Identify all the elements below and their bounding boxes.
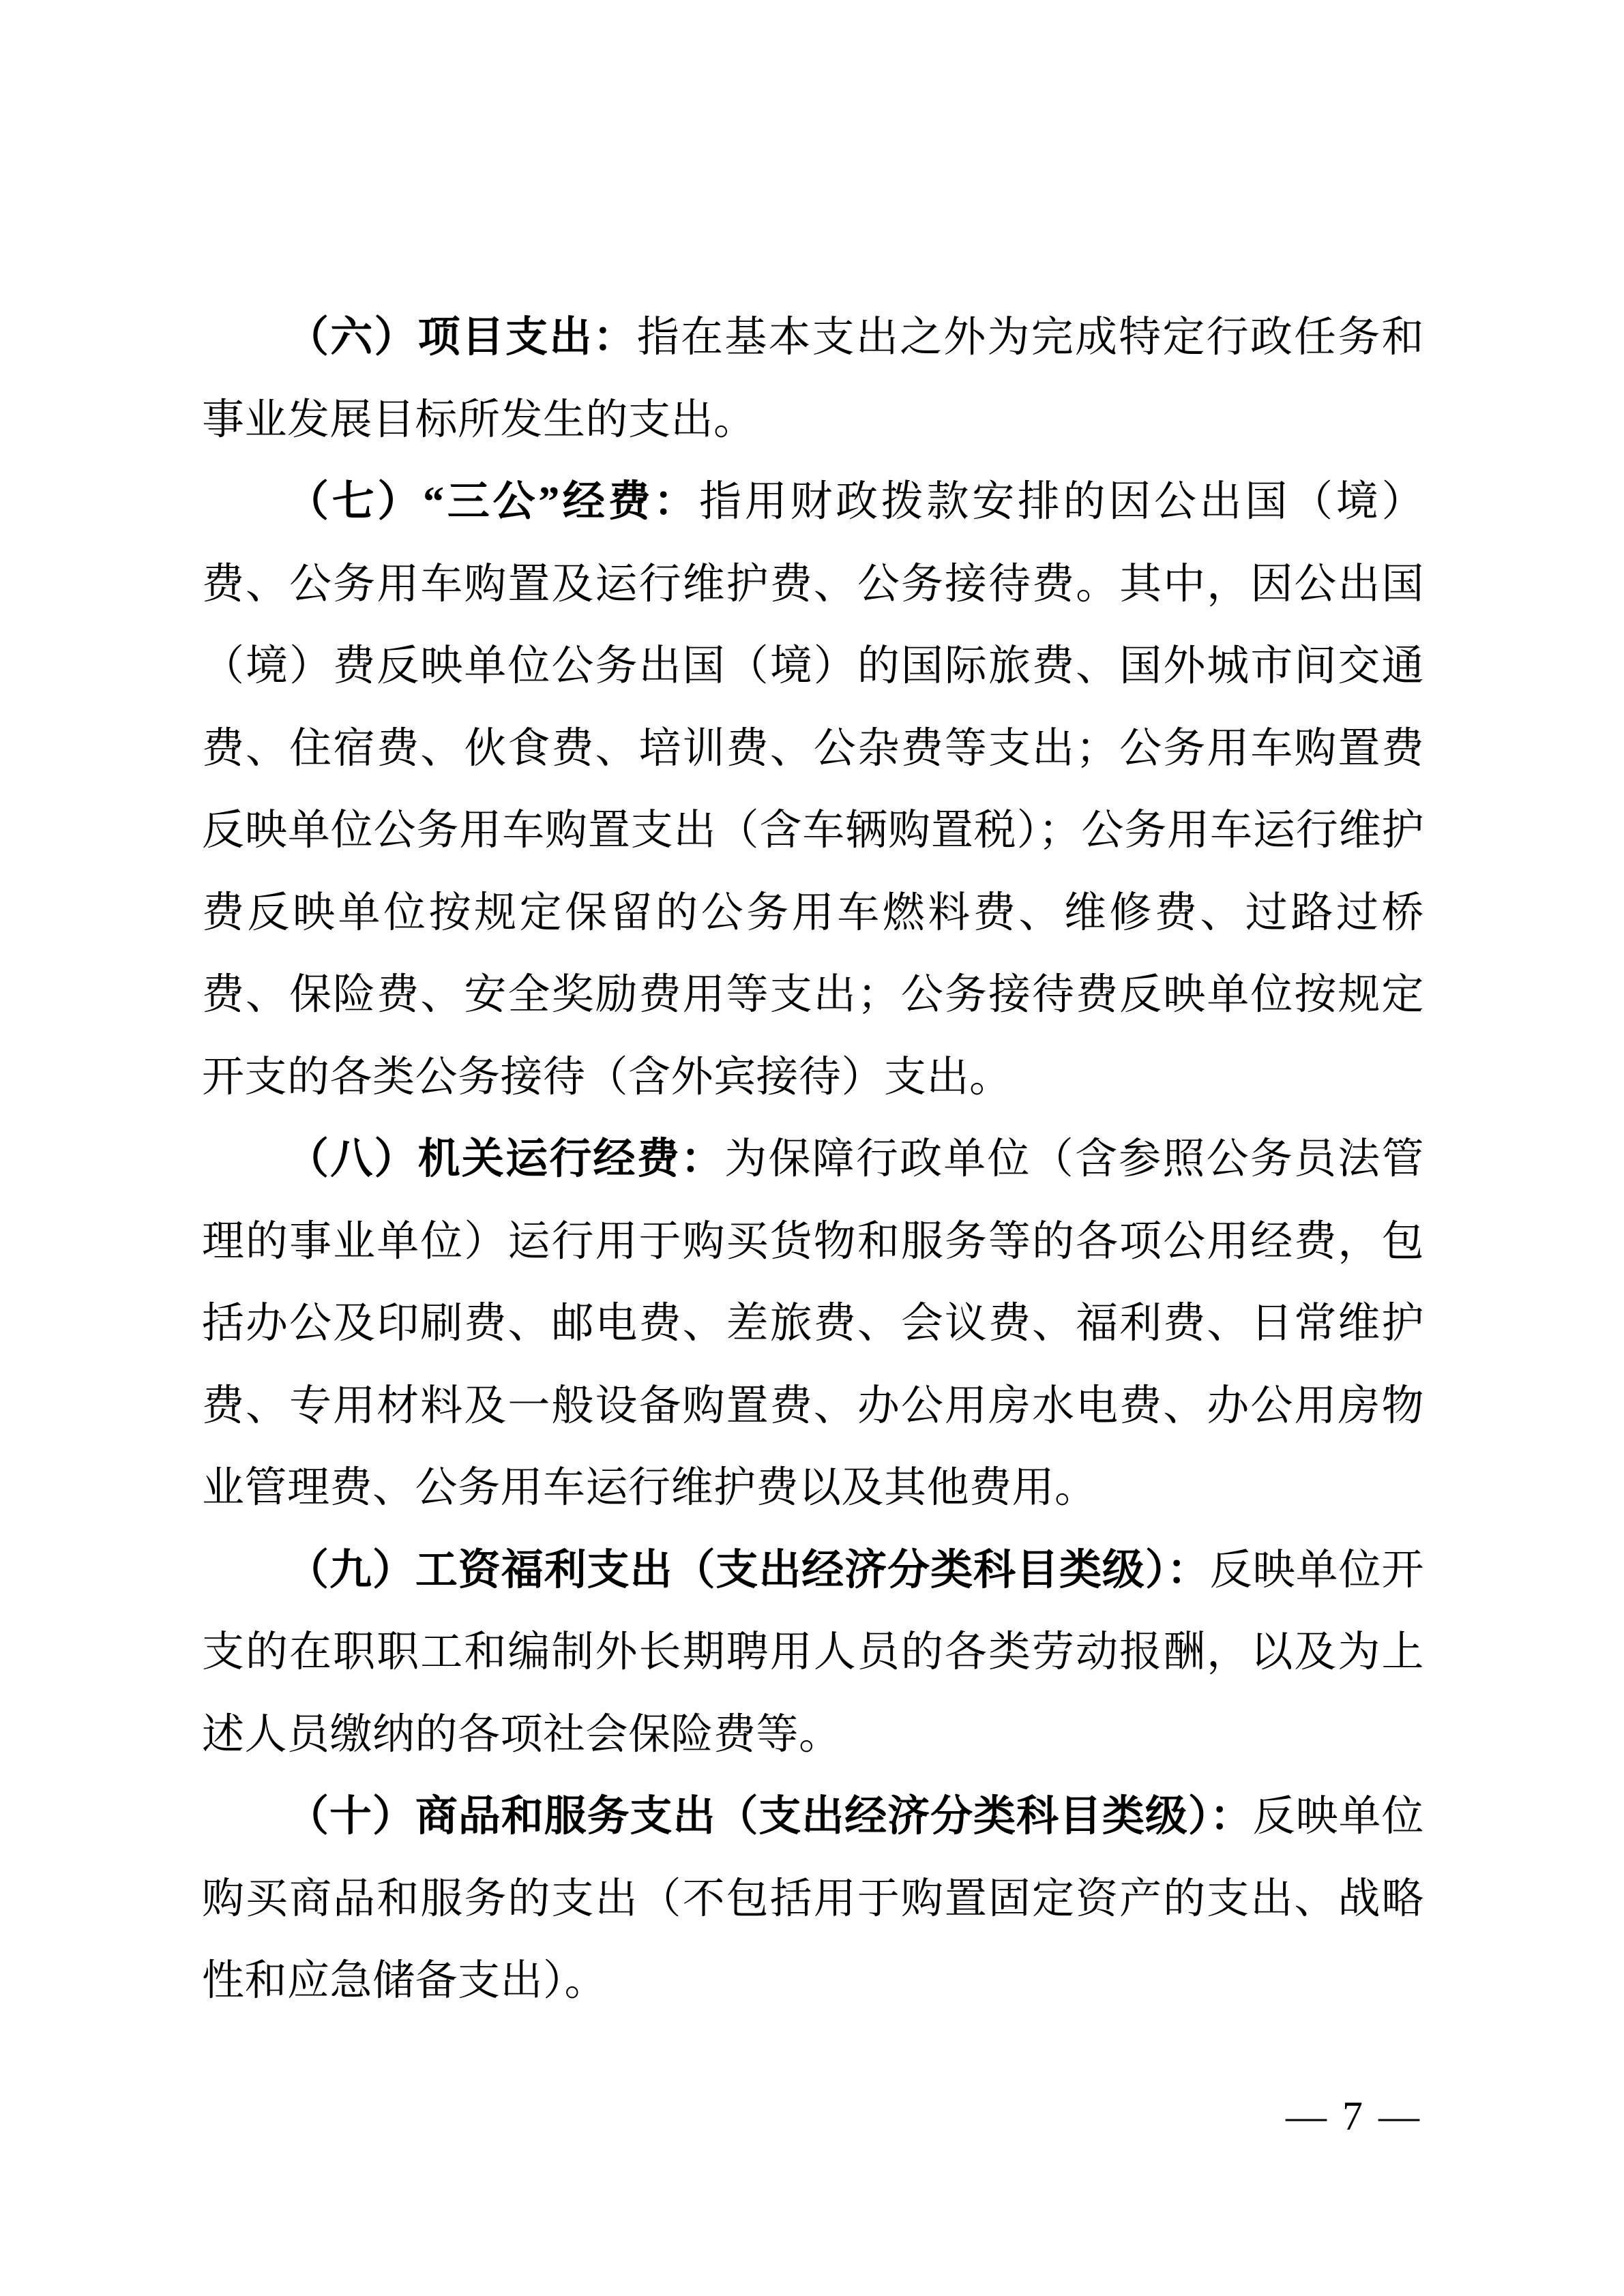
paragraph-9-wage-welfare-expenditure: （九）工资福利支出（支出经济分类科目类级）：反映单位开支的在职职工和编制外长期聘… — [202, 1530, 1424, 1776]
paragraph-7-three-public-funds: （七）“三公”经费：指用财政拨款安排的因公出国（境）费、公务用车购置及运行维护费… — [202, 461, 1424, 1118]
paragraph-lead: （十）商品和服务支出（支出经济分类科目类级）： — [286, 1793, 1253, 1840]
page-background: （六）项目支出：指在基本支出之外为完成特定行政任务和事业发展目标所发生的支出。 … — [0, 0, 1624, 2296]
paragraph-10-goods-services-expenditure: （十）商品和服务支出（支出经济分类科目类级）：反映单位购买商品和服务的支出（不包… — [202, 1776, 1424, 2023]
text-block: （六）项目支出：指在基本支出之外为完成特定行政任务和事业发展目标所发生的支出。 … — [202, 297, 1424, 2023]
document-page: { "document": { "language": "zh-CN", "co… — [0, 0, 1624, 2296]
paragraph-body: 指用财政拨款安排的因公出国（境）费、公务用车购置及运行维护费、公务接待费。其中，… — [202, 479, 1424, 1101]
paragraph-lead: （六）项目支出： — [286, 314, 637, 361]
paragraph-lead: （七）“三公”经费： — [286, 479, 699, 525]
paragraph-8-agency-operating-funds: （八）机关运行经费：为保障行政单位（含参照公务员法管理的事业单位）运行用于购买货… — [202, 1118, 1424, 1530]
paragraph-lead: （九）工资福利支出（支出经济分类科目类级）： — [286, 1547, 1210, 1594]
paragraph-6-project-expenditure: （六）项目支出：指在基本支出之外为完成特定行政任务和事业发展目标所发生的支出。 — [202, 297, 1424, 461]
page-number: — 7 — — [1286, 2075, 1422, 2157]
paragraph-lead: （八）机关运行经费： — [286, 1136, 724, 1182]
paragraph-body: 为保障行政单位（含参照公务员法管理的事业单位）运行用于购买货物和服务等的各项公用… — [202, 1136, 1424, 1511]
